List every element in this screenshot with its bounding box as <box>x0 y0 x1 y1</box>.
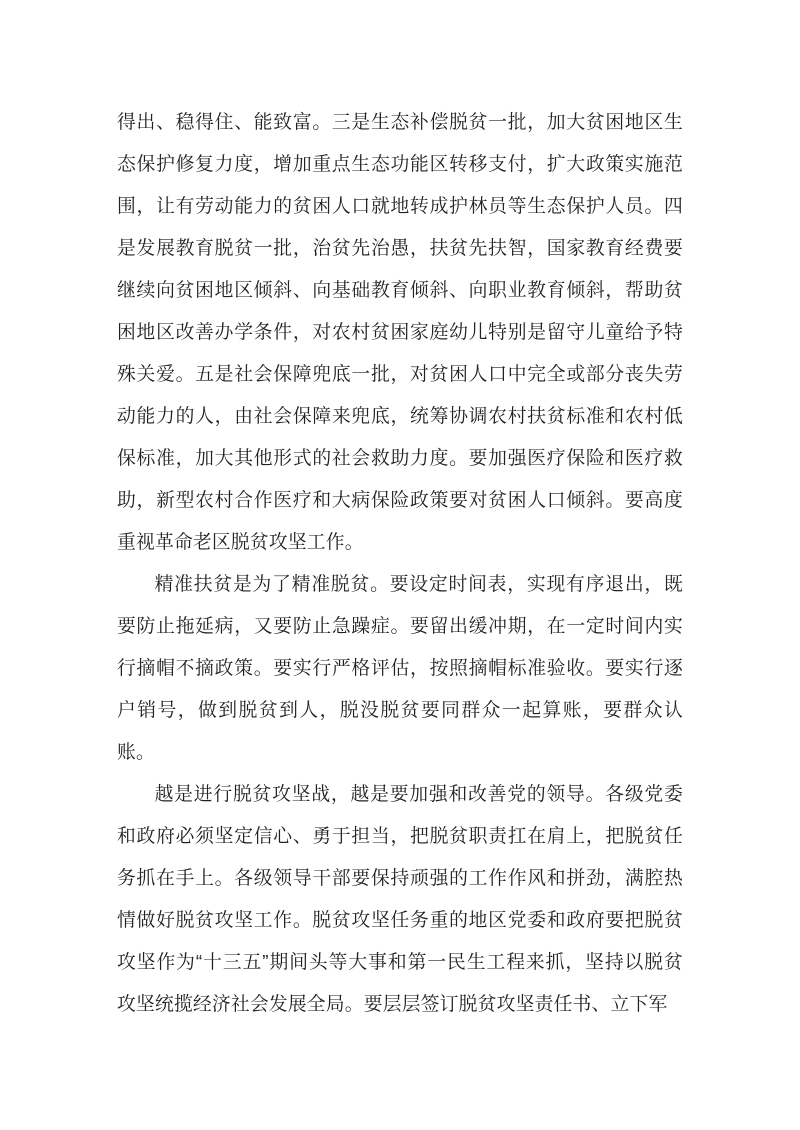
text-line: 务抓在手上。各级领导干部要保持顽强的工作作风和拼劲，满腔热 <box>117 857 683 899</box>
text-line: 和政府必须坚定信心、勇于担当，把脱贫职责扛在肩上，把脱贫任 <box>117 815 683 857</box>
document-page: 得出、稳得住、能致富。三是生态补偿脱贫一批，加大贫困地区生态保护修复力度，增加重… <box>0 0 800 1130</box>
text-line: 情做好脱贫攻坚工作。脱贫攻坚任务重的地区党委和政府要把脱贫 <box>117 899 683 941</box>
text-line: 重视革命老区脱贫攻坚工作。 <box>117 521 683 563</box>
text-line: 助，新型农村合作医疗和大病保险政策要对贫困人口倾斜。要高度 <box>117 479 683 521</box>
paragraph: 精准扶贫是为了精准脱贫。要设定时间表，实现有序退出，既要防止拖延病，又要防止急躁… <box>117 563 683 773</box>
text-line: 攻坚作为“十三五”期间头等大事和第一民生工程来抓，坚持以脱贫 <box>117 941 683 983</box>
text-line: 殊关爱。五是社会保障兜底一批，对贫困人口中完全或部分丧失劳 <box>117 353 683 395</box>
text-line: 继续向贫困地区倾斜、向基础教育倾斜、向职业教育倾斜，帮助贫 <box>117 269 683 311</box>
text-line: 保标准，加大其他形式的社会救助力度。要加强医疗保险和医疗救 <box>117 437 683 479</box>
text-line: 困地区改善办学条件，对农村贫困家庭幼儿特别是留守儿童给予特 <box>117 311 683 353</box>
text-line: 是发展教育脱贫一批，治贫先治愚，扶贫先扶智，国家教育经费要 <box>117 227 683 269</box>
text-line: 动能力的人，由社会保障来兜底，统筹协调农村扶贫标准和农村低 <box>117 395 683 437</box>
text-line: 行摘帽不摘政策。要实行严格评估，按照摘帽标准验收。要实行逐 <box>117 647 683 689</box>
text-line: 攻坚统揽经济社会发展全局。要层层签订脱贫攻坚责任书、立下军 <box>117 983 683 1025</box>
paragraph: 越是进行脱贫攻坚战，越是要加强和改善党的领导。各级党委和政府必须坚定信心、勇于担… <box>117 773 683 1025</box>
text-line: 态保护修复力度，增加重点生态功能区转移支付，扩大政策实施范 <box>117 143 683 185</box>
document-body: 得出、稳得住、能致富。三是生态补偿脱贫一批，加大贫困地区生态保护修复力度，增加重… <box>117 101 683 1025</box>
text-line: 围，让有劳动能力的贫困人口就地转成护林员等生态保护人员。四 <box>117 185 683 227</box>
text-line: 得出、稳得住、能致富。三是生态补偿脱贫一批，加大贫困地区生 <box>117 101 683 143</box>
text-line: 要防止拖延病，又要防止急躁症。要留出缓冲期，在一定时间内实 <box>117 605 683 647</box>
text-line: 户销号，做到脱贫到人，脱没脱贫要同群众一起算账，要群众认 <box>117 689 683 731</box>
text-line: 账。 <box>117 731 683 773</box>
text-line: 精准扶贫是为了精准脱贫。要设定时间表，实现有序退出，既 <box>117 563 683 605</box>
paragraph: 得出、稳得住、能致富。三是生态补偿脱贫一批，加大贫困地区生态保护修复力度，增加重… <box>117 101 683 563</box>
text-line: 越是进行脱贫攻坚战，越是要加强和改善党的领导。各级党委 <box>117 773 683 815</box>
